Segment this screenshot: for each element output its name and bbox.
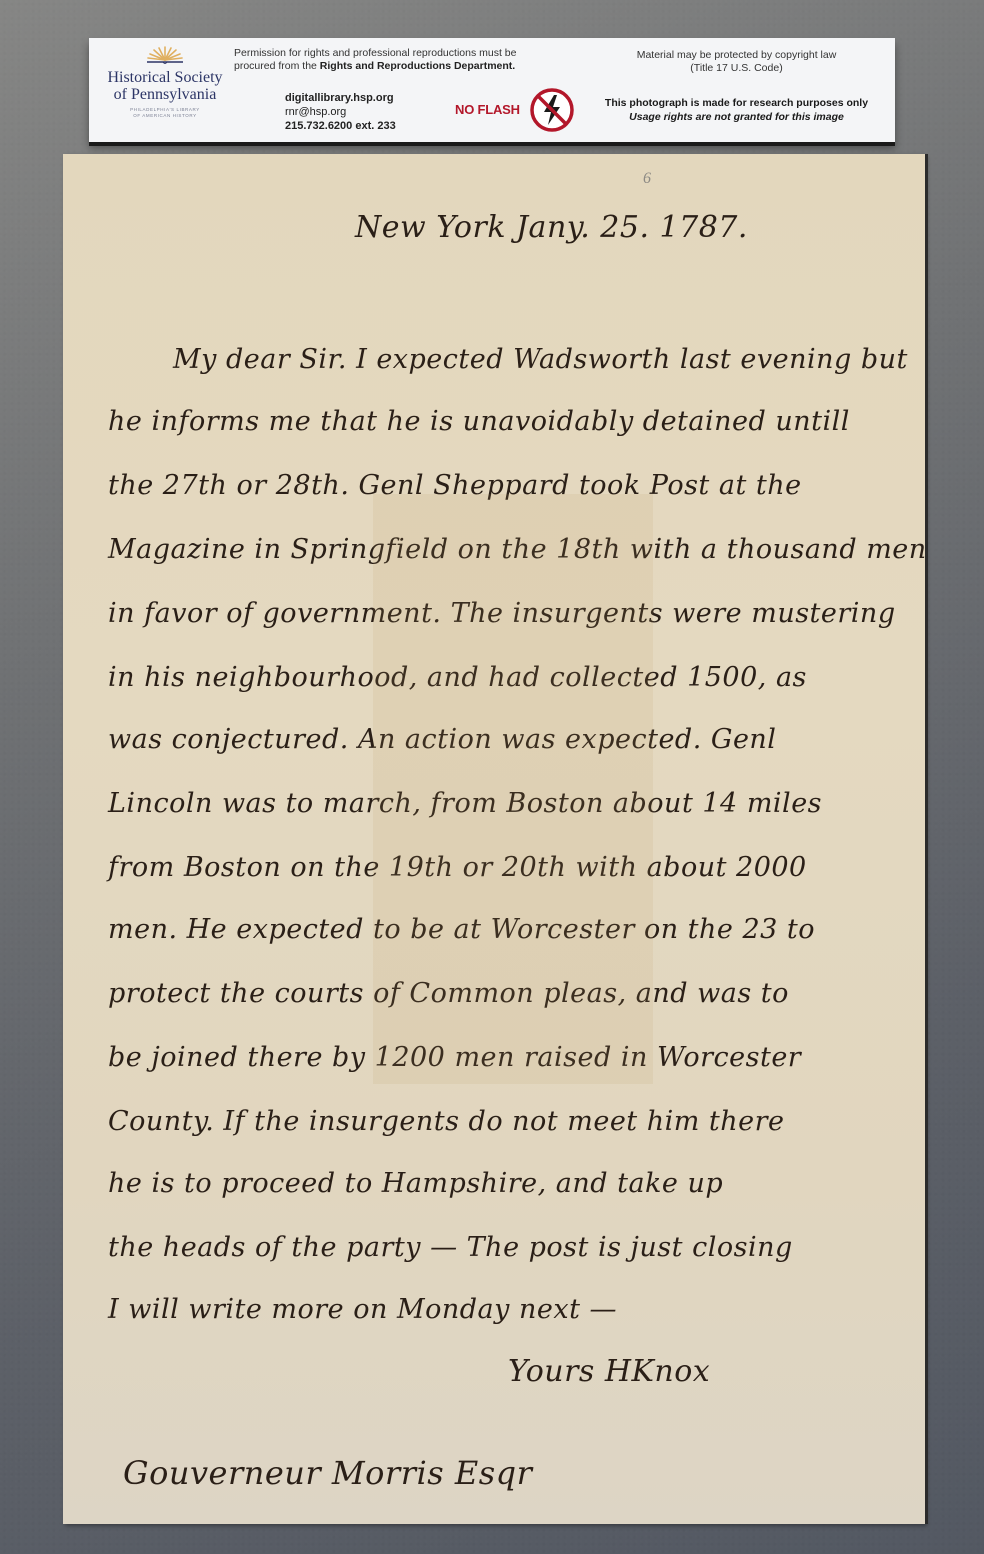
logo-name-line1: Historical Society bbox=[97, 69, 233, 86]
copyright-line2: (Title 17 U.S. Code) bbox=[584, 62, 889, 75]
rising-sun-book-icon bbox=[139, 44, 191, 66]
letter-line: from Boston on the 19th or 20th with abo… bbox=[108, 852, 807, 883]
hsp-label-strip: Historical Society of Pennsylvania Phila… bbox=[89, 38, 895, 142]
permission-prefix: procured from the bbox=[234, 60, 320, 72]
letter-line: protect the courts of Common pleas, and … bbox=[108, 978, 789, 1009]
letter-line: My dear Sir. I expected Wadsworth last e… bbox=[173, 344, 908, 375]
pencil-folio-mark: 6 bbox=[643, 170, 651, 188]
logo-tagline: Philadelphia's Library of American Histo… bbox=[97, 107, 233, 119]
no-flash-icon bbox=[528, 86, 576, 134]
letter-line: the heads of the party — The post is jus… bbox=[108, 1232, 793, 1263]
research-notice: This photograph is made for research pur… bbox=[584, 96, 889, 124]
copyright-notice: Material may be protected by copyright l… bbox=[584, 49, 889, 75]
paper-shadow-edge bbox=[925, 154, 928, 1524]
logo-name: Historical Society of Pennsylvania bbox=[97, 69, 233, 103]
research-line1: This photograph is made for research pur… bbox=[584, 96, 889, 110]
letter-line: be joined there by 1200 men raised in Wo… bbox=[108, 1042, 801, 1073]
letter-line: I will write more on Monday next — bbox=[108, 1294, 617, 1325]
letter-line: he informs me that he is unavoidably det… bbox=[108, 406, 850, 437]
letter-line: he is to proceed to Hampshire, and take … bbox=[108, 1168, 723, 1199]
letter-line: in favor of government. The insurgents w… bbox=[108, 598, 896, 629]
no-flash-label: NO FLASH bbox=[455, 102, 520, 117]
website-link[interactable]: digitallibrary.hsp.org bbox=[285, 91, 396, 105]
addressee: Gouverneur Morris Esqr bbox=[123, 1454, 532, 1492]
email-link[interactable]: rnr@hsp.org bbox=[285, 105, 396, 119]
contact-info: digitallibrary.hsp.org rnr@hsp.org 215.7… bbox=[285, 91, 396, 133]
letter-line: in his neighbourhood, and had collected … bbox=[108, 662, 807, 693]
permission-line2: procured from the Rights and Reproductio… bbox=[234, 60, 564, 73]
manuscript-letter: 6 New York Jany. 25. 1787. My dear Sir. … bbox=[63, 154, 925, 1524]
copyright-line1: Material may be protected by copyright l… bbox=[584, 49, 889, 62]
letter-line: the 27th or 28th. Genl Sheppard took Pos… bbox=[108, 470, 802, 501]
logo-name-line2: of Pennsylvania bbox=[97, 86, 233, 103]
hsp-logo: Historical Society of Pennsylvania Phila… bbox=[97, 44, 233, 119]
permission-line1: Permission for rights and professional r… bbox=[234, 47, 564, 60]
logo-tagline-line2: of American History bbox=[97, 113, 233, 119]
letter-line: men. He expected to be at Worcester on t… bbox=[108, 914, 815, 945]
usage-rights-line: Usage rights are not granted for this im… bbox=[629, 111, 844, 123]
phone-number: 215.732.6200 ext. 233 bbox=[285, 119, 396, 133]
letter-line: Magazine in Springfield on the 18th with… bbox=[108, 534, 927, 565]
letter-line: was conjectured. An action was expected.… bbox=[108, 724, 776, 755]
dateline: New York Jany. 25. 1787. bbox=[355, 210, 748, 245]
letter-line: County. If the insurgents do not meet hi… bbox=[108, 1106, 785, 1137]
letter-line: Lincoln was to march, from Boston about … bbox=[108, 788, 822, 819]
permission-notice: Permission for rights and professional r… bbox=[234, 47, 564, 73]
signature: Yours HKnox bbox=[508, 1354, 710, 1389]
rights-department: Rights and Reproductions Department. bbox=[320, 60, 515, 72]
